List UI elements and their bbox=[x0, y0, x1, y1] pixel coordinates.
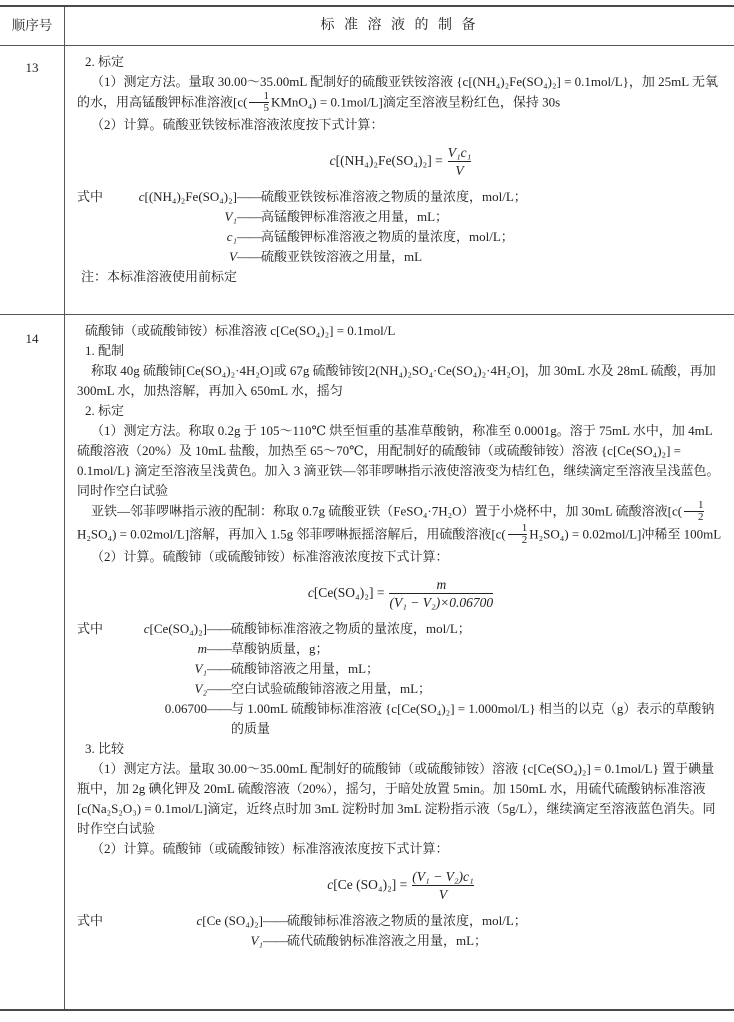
formula-fraction: (V₁ − V₂)c₁V bbox=[412, 868, 473, 903]
calculation-intro-paragraph: （2）计算。硫酸铈（或硫酸铈铵）标准溶液浓度按下式计算： bbox=[77, 547, 724, 567]
table-header-row: 顺序号 标 准 溶 液 的 制 备 bbox=[0, 7, 734, 46]
symbol-definitions: 式中 c[Ce(SO₄)₂] —— 硫酸铈标准溶液之物质的量浓度，mol/L； … bbox=[77, 619, 724, 739]
calculation-intro-paragraph: （2）计算。硫酸铈（或硫酸铈铵）标准溶液浓度按下式计算： bbox=[77, 839, 724, 859]
procedure-paragraph: （1）测定方法。称取 0.2g 于 105～110℃ 烘至恒重的基准草酸钠，称准… bbox=[77, 421, 724, 501]
row-13-number: 13 bbox=[0, 46, 64, 314]
inline-fraction-one-half: 12 bbox=[508, 523, 528, 546]
formula-fraction: V₁c₁V bbox=[448, 144, 472, 179]
symbol-definitions: 式中 c[(NH₄)₂Fe(SO₄)₂] —— 硫酸亚铁铵标准溶液之物质的量浓度… bbox=[77, 187, 724, 267]
procedure-paragraph: （1）测定方法。量取 30.00～35.00mL 配制好的硫酸铈（或硫酸铈铵）溶… bbox=[77, 759, 724, 839]
solution-title: 硫酸铈（或硫酸铈铵）标准溶液 c[Ce(SO₄)₂] = 0.1mol/L bbox=[85, 321, 724, 341]
inline-fraction-one-half: 12 bbox=[684, 500, 704, 523]
header-preparation-title: 标 准 溶 液 的 制 备 bbox=[64, 7, 734, 45]
definition-row: m —— 草酸钠质量，g； bbox=[77, 639, 724, 659]
formula-ceric-sulfate-comparison: c[Ce (SO₄)₂] = (V₁ − V₂)c₁V bbox=[77, 862, 724, 908]
formula-ferrous-ammonium-sulfate: c[(NH₄)₂Fe(SO₄)₂] = V₁c₁V bbox=[77, 138, 724, 184]
section-heading-preparation: 1. 配制 bbox=[85, 341, 724, 361]
row-14-number: 14 bbox=[0, 315, 64, 1009]
scanned-standard-document-page: { "glyphs": { "dash": "——", "shizhong": … bbox=[0, 0, 734, 1022]
definition-row: V₁ —— 硫代硫酸钠标准溶液之用量，mL； bbox=[77, 931, 724, 951]
section-heading-calibration: 2. 标定 bbox=[85, 401, 724, 421]
definition-row: 式中 c[(NH₄)₂Fe(SO₄)₂] —— 硫酸亚铁铵标准溶液之物质的量浓度… bbox=[77, 187, 724, 207]
footnote: 注：本标准溶液使用前标定 bbox=[81, 267, 724, 287]
definition-row: 式中 c[Ce (SO₄)₂] —— 硫酸铈标准溶液之物质的量浓度，mol/L； bbox=[77, 911, 724, 931]
definition-row: V₁ —— 高锰酸钾标准溶液之用量，mL； bbox=[77, 207, 724, 227]
formula-ceric-sulfate-titration: c[Ce(SO₄)₂] = m(V₁ − V₂)×0.06700 bbox=[77, 570, 724, 616]
definition-row: 式中 c[Ce(SO₄)₂] —— 硫酸铈标准溶液之物质的量浓度，mol/L； bbox=[77, 619, 724, 639]
procedure-paragraph: （1）测定方法。量取 30.00～35.00mL 配制好的硫酸亚铁铵溶液 {c[… bbox=[77, 72, 724, 115]
formula-fraction: m(V₁ − V₂)×0.06700 bbox=[389, 576, 493, 611]
preparation-paragraph: 称取 40g 硫酸铈[Ce(SO₄)₂·4H₂O]或 67g 硫酸铈铵[2(NH… bbox=[77, 361, 724, 401]
definition-row: V₂ —— 空白试验硫酸铈溶液之用量，mL； bbox=[77, 679, 724, 699]
definition-row: V —— 硫酸亚铁铵溶液之用量，mL bbox=[77, 247, 724, 267]
inline-fraction-one-fifth: 15 bbox=[249, 91, 269, 114]
standard-solutions-table: 顺序号 标 准 溶 液 的 制 备 13 2. 标定 （1）测定方法。量取 30… bbox=[0, 5, 734, 1011]
section-heading-calibration: 2. 标定 bbox=[85, 52, 724, 72]
table-row-14: 14 硫酸铈（或硫酸铈铵）标准溶液 c[Ce(SO₄)₂] = 0.1mol/L… bbox=[0, 315, 734, 1009]
row-13-content: 2. 标定 （1）测定方法。量取 30.00～35.00mL 配制好的硫酸亚铁铵… bbox=[64, 46, 734, 314]
definition-row: c₁ —— 高锰酸钾标准溶液之物质的量浓度，mol/L； bbox=[77, 227, 724, 247]
header-sequence-number: 顺序号 bbox=[0, 7, 64, 45]
row-14-content: 硫酸铈（或硫酸铈铵）标准溶液 c[Ce(SO₄)₂] = 0.1mol/L 1.… bbox=[64, 315, 734, 1009]
definition-row: V₁ —— 硫酸铈溶液之用量，mL； bbox=[77, 659, 724, 679]
indicator-preparation-paragraph: 亚铁—邻菲啰啉指示液的配制：称取 0.7g 硫酸亚铁（FeSO₄·7H₂O）置于… bbox=[77, 501, 724, 547]
table-row-13: 13 2. 标定 （1）测定方法。量取 30.00～35.00mL 配制好的硫酸… bbox=[0, 46, 734, 315]
symbol-definitions: 式中 c[Ce (SO₄)₂] —— 硫酸铈标准溶液之物质的量浓度，mol/L；… bbox=[77, 911, 724, 951]
calculation-intro-paragraph: （2）计算。硫酸亚铁铵标准溶液浓度按下式计算： bbox=[77, 115, 724, 135]
definition-row: 0.06700 —— 与 1.00mL 硫酸铈标准溶液 {c[Ce(SO₄)₂]… bbox=[77, 699, 724, 739]
section-heading-comparison: 3. 比较 bbox=[85, 739, 724, 759]
